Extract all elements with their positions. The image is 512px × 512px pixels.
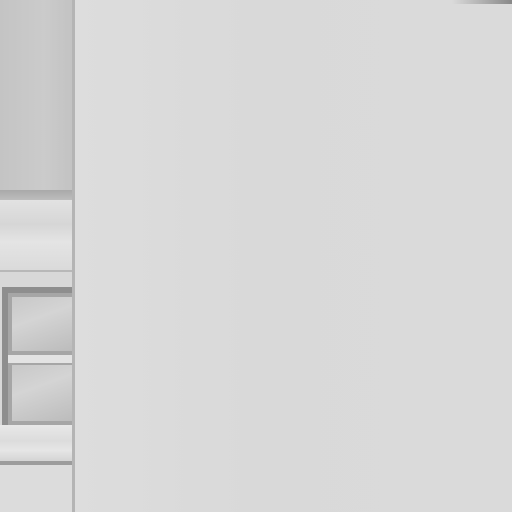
window-sill (0, 425, 72, 465)
ledge (0, 200, 74, 272)
window-mullion (8, 355, 72, 363)
facade-photo (0, 0, 512, 512)
window (2, 287, 72, 425)
top-shadow (452, 0, 512, 4)
upper-wall (0, 0, 74, 200)
window-pane-bottom (12, 365, 72, 421)
lower-wall (0, 465, 72, 512)
wall-surface (75, 0, 512, 512)
window-pane-top (12, 297, 72, 351)
